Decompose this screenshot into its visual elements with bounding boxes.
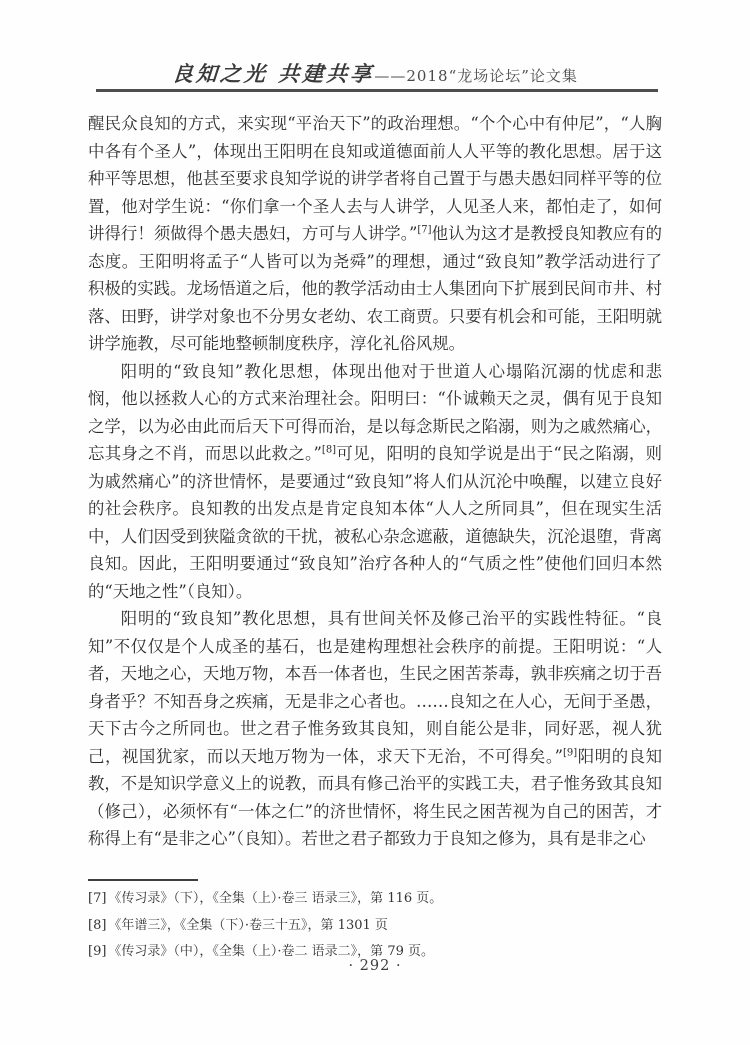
footnotes: [7]《传习录》（下），《全集（上）·卷三 语录三》，第 116 页。 [8]《… <box>88 886 662 966</box>
paragraph: 阳明的“致良知”教化思想，体现出他对于世道人心塌陷沉溺的忧虑和悲悯，他以拯救人心… <box>88 358 662 606</box>
paragraph: 阳明的“致良知”教化思想，具有世间关怀及修己治平的实践性特征。“良知”不仅仅是个… <box>88 605 662 853</box>
footnote-separator <box>88 879 198 881</box>
scanned-document-page: 良知之光 共建共享——2018“龙场论坛”论文集 醒民众良知的方式，来实现“平治… <box>0 0 750 1045</box>
paragraph-text: 他认为这才是教授良知教应有的态度。王阳明将孟子“人皆可以为尧舜”的理想，通过“致… <box>88 224 662 353</box>
footnote-label: [8] <box>88 918 106 933</box>
body-paragraphs: 醒民众良知的方式，来实现“平治天下”的政治理想。“个个心中有仲尼”，“人胸中各有… <box>88 110 662 853</box>
footnote-ref: [9] <box>563 747 577 758</box>
footnote-item: [8]《年谱三》，《全集（下）·卷三十五》，第 1301 页 <box>88 913 662 940</box>
footnote-text: 《年谱三》，《全集（下）·卷三十五》，第 1301 页 <box>108 918 387 933</box>
footnote-text: 《传习录》（中），《全集（上）·卷二 语录二》，第 79 页。 <box>108 944 434 959</box>
paragraph: 醒民众良知的方式，来实现“平治天下”的政治理想。“个个心中有仲尼”，“人胸中各有… <box>88 110 662 358</box>
footnote-text: 《传习录》（下），《全集（上）·卷三 语录三》，第 116 页。 <box>108 891 442 906</box>
footnote-label: [7] <box>88 891 106 906</box>
paragraph-text: 可见，阳明的良知学说是出于“民之陷溺，则为戚然痛心”的济世情怀，是要通过“致良知… <box>88 444 662 601</box>
running-head: 良知之光 共建共享——2018“龙场论坛”论文集 <box>88 58 662 88</box>
page-number: · 292 · <box>0 958 750 974</box>
footnote-label: [9] <box>88 944 106 959</box>
header-rule <box>96 89 658 92</box>
footnote-ref: [8] <box>322 445 336 456</box>
book-subtitle: ——2018“龙场论坛”论文集 <box>374 67 578 85</box>
book-title-calligraphy: 良知之光 共建共享 <box>171 58 375 88</box>
paragraph-text: 阳明的“致良知”教化思想，具有世间关怀及修己治平的实践性特征。“良知”不仅仅是个… <box>88 609 662 766</box>
footnote-item: [7]《传习录》（下），《全集（上）·卷三 语录三》，第 116 页。 <box>88 886 662 913</box>
footnote-ref: [7] <box>417 225 431 236</box>
